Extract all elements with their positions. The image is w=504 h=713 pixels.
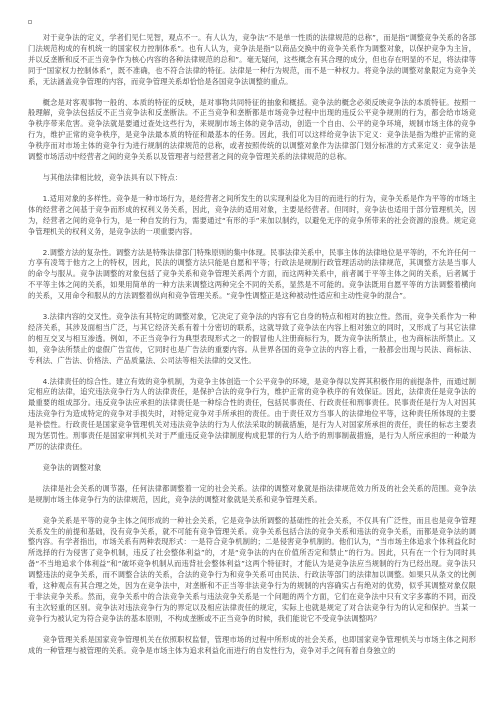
missing-glyph-square bbox=[28, 20, 32, 24]
competition-relationship-paragraph: 竞争关系是平等的竞争主体之间形成的一种社会关系，它是竞争法所调整的基础性的社会关… bbox=[28, 516, 476, 625]
competition-management-paragraph: 竞争管理关系是国家竞争管理机关在依照职权监督，管理市场的过程中所形成的社会关系，… bbox=[28, 635, 476, 657]
features-intro-line: 与其他法律相比较，竞争法具有以下特点： bbox=[28, 173, 476, 184]
feature-4-legal-liability: 4.法律责任的综合性。建立有效的竞争机制，为竞争主体创造一个公平竞争的环境，是竞… bbox=[28, 377, 476, 453]
document-page: 对于竞争法的定义，学者们见仁见智，观点不一。有人认为，竞争法“不是单一性质的法律… bbox=[0, 0, 504, 713]
feature-3-content-overlap: 3.法律内容的交叉性。竞争法有其特定的调整对象，它决定了竞争法的内容有它自身的特… bbox=[28, 312, 476, 367]
law-as-regulator-paragraph: 法律是社会关系的调节器，任何法律都调整着一定的社会关系。法律的调整对象就是指法律… bbox=[28, 484, 476, 506]
section-heading-adjustment-object: 竞争法的调整对象 bbox=[28, 463, 476, 474]
concept-definition-paragraph: 概念是对客观事物一般的、本质的特征的反映，是对事物共同特征的抽象和概括。竞争法的… bbox=[28, 98, 476, 163]
definition-debate-paragraph: 对于竞争法的定义，学者们见仁见智，观点不一。有人认为，竞争法“不是单一性质的法律… bbox=[28, 33, 476, 88]
feature-2-adjustment-methods: 2.调整方法的复杂性。调整方法是特殊法律部门特殊原则的集中体现。民事法律关系中，… bbox=[28, 248, 476, 303]
feature-1-application-objects: 1.适用对象的多样性。竞争是一种市场行为，是经营者之间所发生的以实现利益化为目的… bbox=[28, 194, 476, 238]
